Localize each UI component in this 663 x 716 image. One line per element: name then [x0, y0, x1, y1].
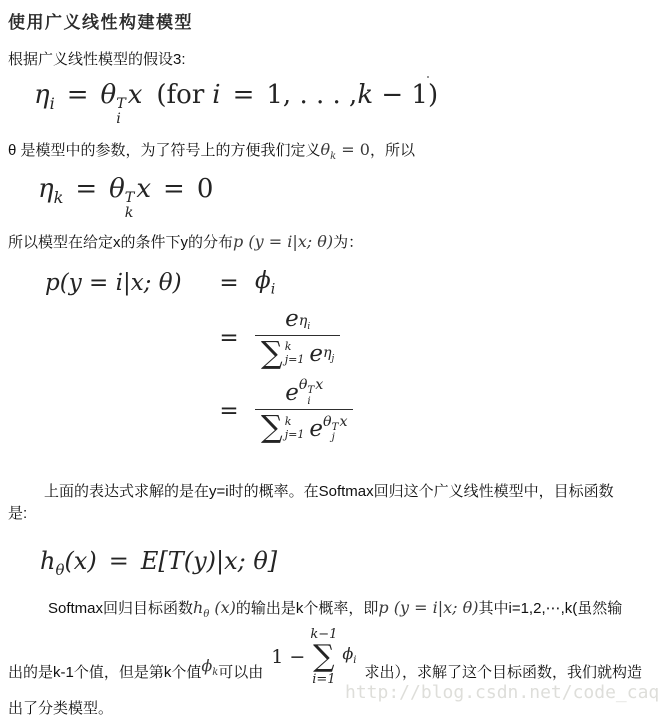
inline-formula-p-y-i-2: p (y = i|x; θ)	[378, 598, 478, 617]
formula-eta-i: ηi=θTix(fori=1, . . . ,k − 1)	[34, 80, 438, 127]
paragraph-text: 所以模型在给定x的条件下y的分布	[8, 234, 233, 251]
inline-formula-phi-k: ϕk	[201, 655, 218, 686]
formula-hypothesis: hθ(x)=E[T(y)|x; θ]	[40, 547, 277, 579]
equation-row-3: = eθTix ∑kj=1eθTjx	[45, 377, 353, 443]
equation-block-softmax: p(y = i|x; θ) = ϕi = eηi ∑kj=1eηj = eθTi…	[45, 266, 353, 444]
paragraph-line-2: 出的是k-1个值，但是第k个值ϕk可以由1 −k−1∑i=1ϕi求出），求解了这…	[8, 628, 660, 686]
paragraph-text: 是:	[8, 503, 660, 525]
article-page: 使用广义线性构建模型 根据广义线性模型的假设3: ηi=θTix(fori=1,…	[0, 0, 663, 716]
paragraph-assumption: 根据广义线性模型的假设3:	[8, 49, 186, 71]
paragraph-text: 上面的表达式求解的是在y=i时的概率。在Softmax回归这个广义线性模型中，目…	[8, 481, 660, 503]
paragraph-objective: 上面的表达式求解的是在y=i时的概率。在Softmax回归这个广义线性模型中，目…	[8, 481, 660, 525]
inline-formula-theta-k: θk = 0	[321, 140, 370, 159]
inline-formula-h-theta: hθ (x)	[193, 598, 236, 617]
theta-supsub: Ti	[116, 97, 126, 127]
equation-row-2: = eηi ∑kj=1eηj	[45, 306, 353, 369]
sum-symbol: ∑kj=1	[261, 339, 304, 369]
fraction-eta: eηi ∑kj=1eηj	[255, 306, 340, 369]
theta-supsub: Tk	[125, 191, 135, 221]
page-title: 使用广义线性构建模型	[8, 8, 193, 33]
paragraph-text: ，所以	[370, 142, 415, 159]
phi-i: ϕi	[255, 268, 275, 298]
csdn-watermark: http://blog.csdn.net/code_caq	[345, 682, 659, 703]
paragraph-text: 为：	[333, 234, 363, 251]
formula-eta-k: ηk=θTkx=0	[38, 174, 213, 221]
artifact-dot	[427, 76, 429, 78]
inline-formula-p-y-i: p (y = i|x; θ)	[233, 232, 333, 251]
paragraph-theta-definition: θ 是模型中的参数，为了符号上的方便我们定义θk = 0，所以	[8, 139, 415, 168]
sum-symbol: ∑kj=1	[261, 413, 304, 443]
fraction-theta: eθTix ∑kj=1eθTjx	[255, 377, 353, 443]
formula-one-minus-sum: 1 −k−1∑i=1ϕi	[271, 628, 356, 686]
equation-row-1: p(y = i|x; θ) = ϕi	[45, 266, 353, 300]
paragraph-distribution: 所以模型在给定x的条件下y的分布p (y = i|x; θ)为：	[8, 231, 363, 254]
paragraph-text: θ 是模型中的参数，为了符号上的方便我们定义	[8, 142, 321, 159]
sum-symbol-display: k−1∑i=1	[310, 628, 337, 686]
paragraph-line-1: Softmax回归目标函数hθ (x)的输出是k个概率，即p (y = i|x;…	[8, 597, 660, 626]
